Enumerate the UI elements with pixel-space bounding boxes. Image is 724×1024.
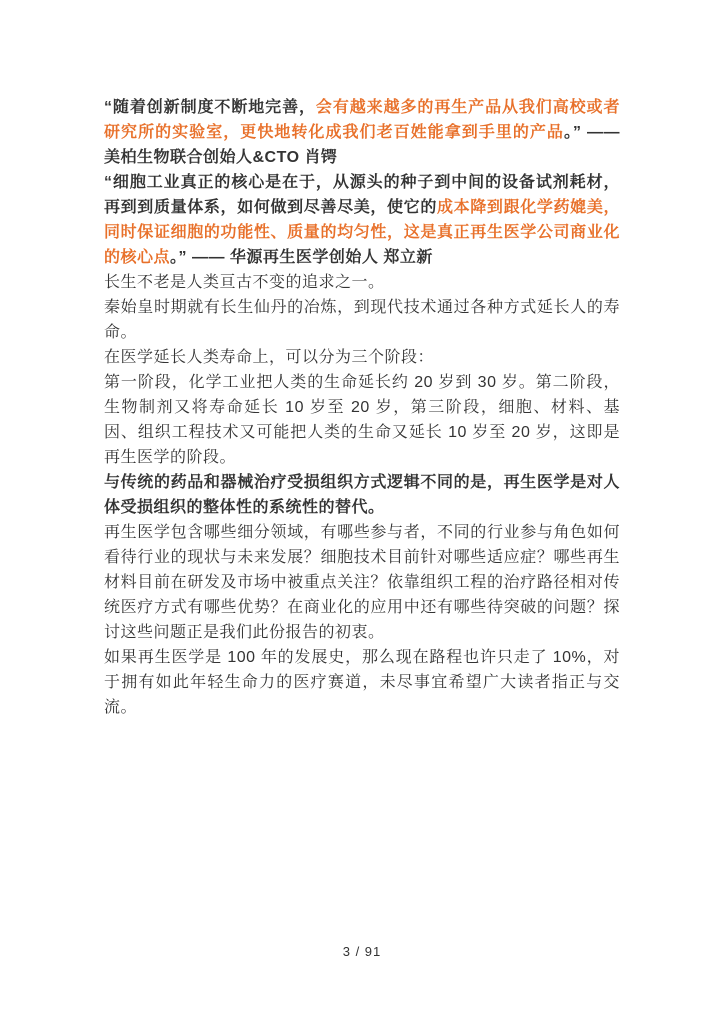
- highlight-paragraph-regenerative-medicine: 与传统的药品和器械治疗受损组织方式逻辑不同的是，再生医学是对人体受损组织的整体性…: [104, 470, 620, 520]
- document-page: “随着创新制度不断地完善，会有越来越多的再生产品从我们高校或者研究所的实验室，更…: [0, 0, 724, 1024]
- page-footer: 3 / 91: [0, 944, 724, 959]
- body-paragraph-three-stages-detail: 第一阶段，化学工业把人类的生命延长约 20 岁到 30 岁。第二阶段，生物制剂又…: [104, 370, 620, 470]
- page-content: “随着创新制度不断地完善，会有越来越多的再生产品从我们高校或者研究所的实验室，更…: [104, 95, 620, 720]
- quote-1-lead-text: “随着创新制度不断地完善，: [104, 99, 316, 116]
- body-paragraph-closing: 如果再生医学是 100 年的发展史，那么现在路程也许只走了 10%，对于拥有如此…: [104, 645, 620, 720]
- body-paragraph-report-questions: 再生医学包含哪些细分领域，有哪些参与者，不同的行业参与角色如何看待行业的现状与未…: [104, 520, 620, 645]
- body-paragraph-history: 秦始皇时期就有长生仙丹的冶炼，到现代技术通过各种方式延长人的寿命。: [104, 295, 620, 345]
- quote-paragraph-2: “细胞工业真正的核心是在于，从源头的种子到中间的设备试剂耗材，再到到质量体系，如…: [104, 170, 620, 270]
- body-paragraph-three-stages-intro: 在医学延长人类寿命上，可以分为三个阶段：: [104, 345, 620, 370]
- page-number: 3 / 91: [343, 944, 382, 959]
- quote-paragraph-1: “随着创新制度不断地完善，会有越来越多的再生产品从我们高校或者研究所的实验室，更…: [104, 95, 620, 170]
- quote-2-attribution: 。” —— 华源再生医学创始人 郑立新: [170, 249, 433, 266]
- body-paragraph-longevity: 长生不老是人类亘古不变的追求之一。: [104, 270, 620, 295]
